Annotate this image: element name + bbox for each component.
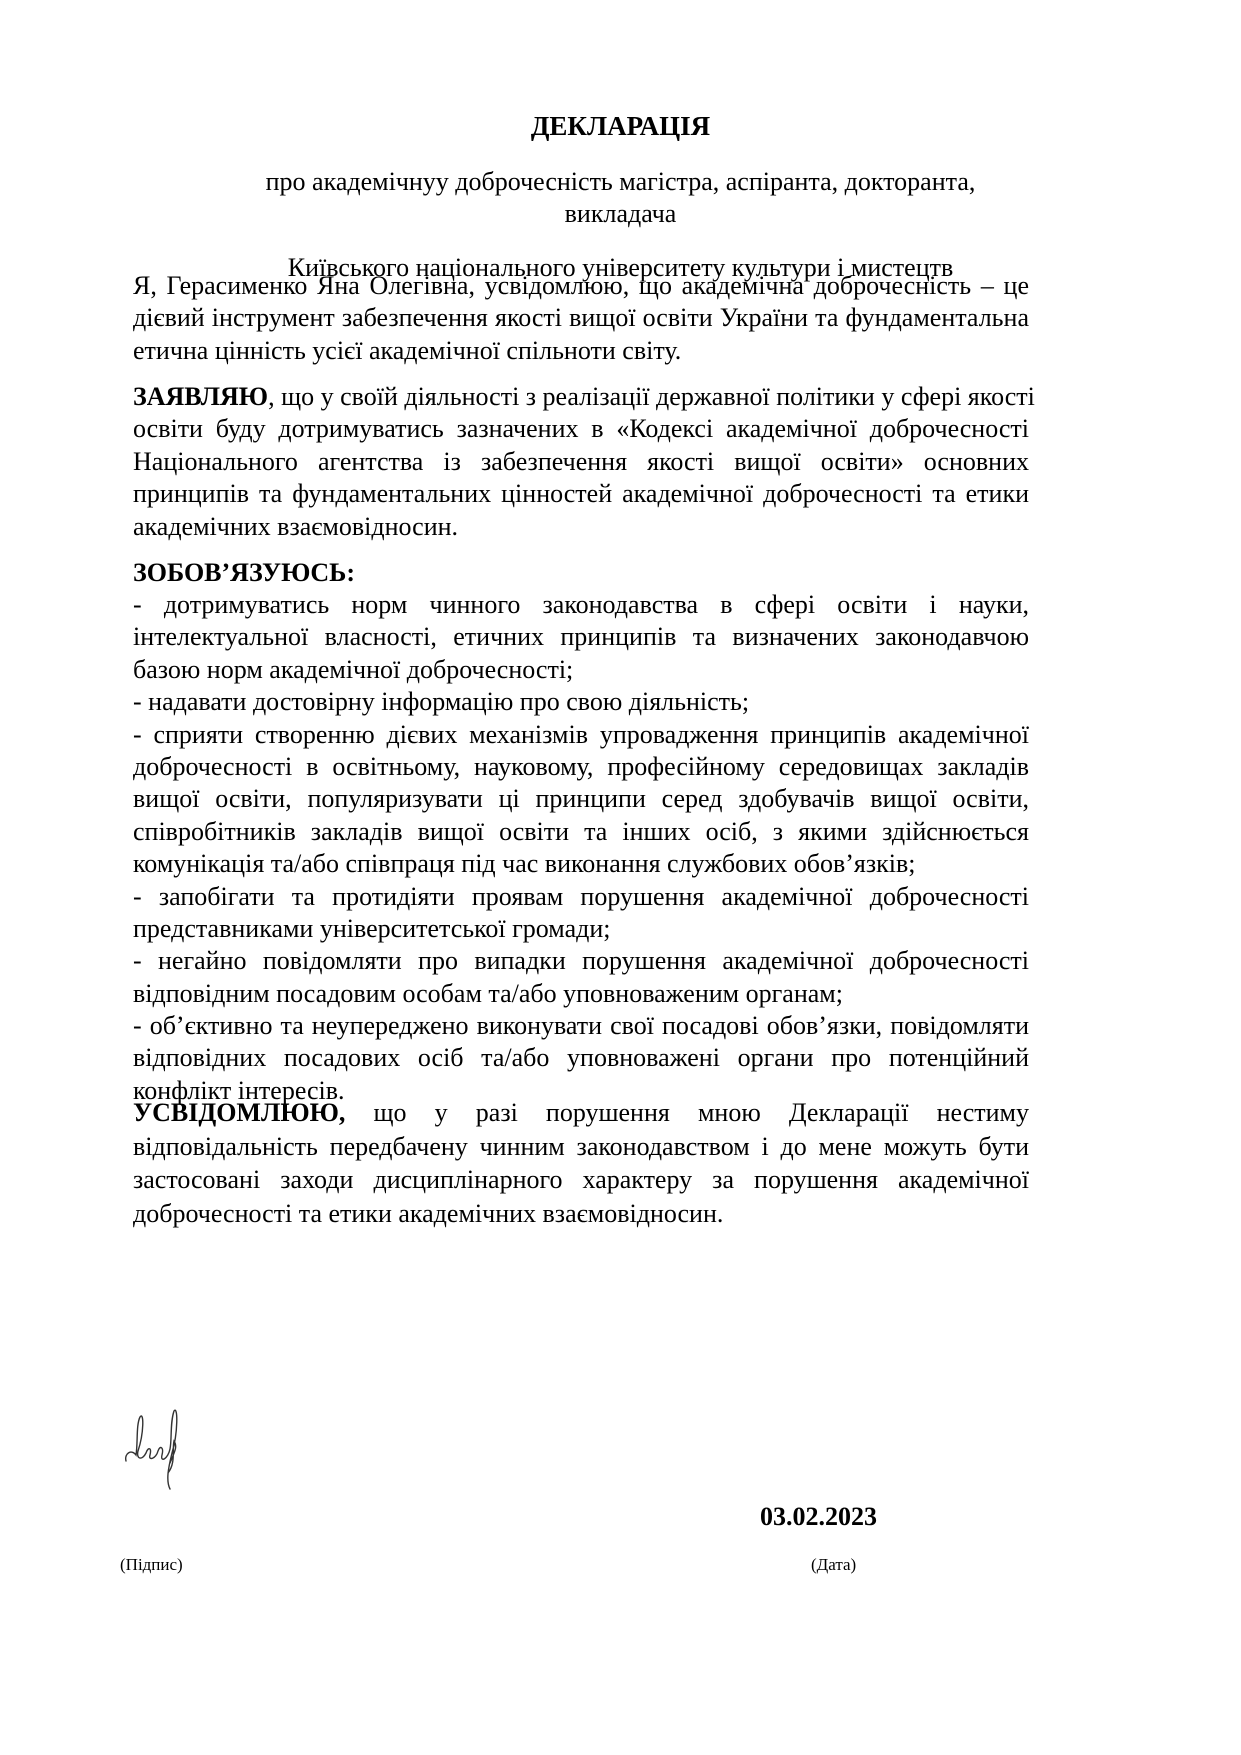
commit-line: - надавати достовірну інформацію про сво… bbox=[133, 686, 1029, 718]
commit-list: - дотримуватись норм чинного законодавст… bbox=[133, 589, 1029, 1107]
commit-line: - негайно повідомляти про випадки поруше… bbox=[133, 945, 1029, 977]
commit-line: інтелектуальної власності, етичних принц… bbox=[133, 621, 1029, 653]
aware-first-line: УСВІДОМЛЮЮ, що у разі порушення мною Дек… bbox=[133, 1096, 1029, 1130]
aware-keyword: УСВІДОМЛЮЮ, bbox=[133, 1098, 345, 1127]
commit-line: вищої освіти, популяризувати ці принципи… bbox=[133, 783, 1029, 815]
declare-line: принципів та фундаментальних цінностей а… bbox=[133, 478, 1029, 510]
commit-heading: ЗОБОВ’ЯЗУЮСЬ: bbox=[133, 558, 1029, 588]
aware-line: доброчесності та етики академічних взаєм… bbox=[133, 1197, 1029, 1231]
declaration-page: ДЕКЛАРАЦІЯ про академічнуу доброчесність… bbox=[0, 0, 1241, 1755]
intro-line: дієвий інструмент забезпечення якості ви… bbox=[133, 302, 1029, 334]
commit-line: комунікація та/або співпраця під час вик… bbox=[133, 848, 1029, 880]
commit-line: - об’єктивно та неупереджено виконувати … bbox=[133, 1010, 1029, 1042]
declare-line: освіти буду дотримуватись зазначених в «… bbox=[133, 413, 1029, 445]
aware-line: відповідальність передбачену чинним зако… bbox=[133, 1130, 1029, 1164]
document-subtitle-line2: викладача bbox=[0, 199, 1241, 229]
declaration-date: 03.02.2023 bbox=[760, 1502, 877, 1532]
commit-line: співробітників закладів вищої освіти та … bbox=[133, 816, 1029, 848]
date-label: (Дата) bbox=[811, 1555, 856, 1575]
commit-line: доброчесності в освітньому, науковому, п… bbox=[133, 751, 1029, 783]
commit-line: - дотримуватись норм чинного законодавст… bbox=[133, 589, 1029, 621]
declare-line: академічних взаємовідносин. bbox=[133, 511, 1029, 543]
aware-first-line-text: що у разі порушення мною Декларації нест… bbox=[345, 1098, 1029, 1127]
intro-paragraph: Я, Герасименко Яна Олегівна, усвідомлюю,… bbox=[133, 270, 1029, 367]
commit-line: - запобігати та протидіяти проявам поруш… bbox=[133, 881, 1029, 913]
declare-paragraph: ЗАЯВЛЯЮ, що у своїй діяльності з реаліза… bbox=[133, 381, 1029, 543]
commit-line: відповідним посадовим особам та/або упов… bbox=[133, 978, 1029, 1010]
document-title: ДЕКЛАРАЦІЯ bbox=[0, 111, 1241, 141]
aware-paragraph: УСВІДОМЛЮЮ, що у разі порушення мною Дек… bbox=[133, 1096, 1029, 1230]
declare-first-line-text: , що у своїй діяльності з реалізації дер… bbox=[268, 382, 1035, 411]
declare-keyword: ЗАЯВЛЯЮ bbox=[133, 382, 268, 411]
intro-line: Я, Герасименко Яна Олегівна, усвідомлюю,… bbox=[133, 270, 1029, 302]
aware-line: застосовані заходи дисциплінарного харак… bbox=[133, 1163, 1029, 1197]
commit-line: відповідних посадових осіб та/або уповно… bbox=[133, 1042, 1029, 1074]
intro-line: етична цінність усієї академічної спільн… bbox=[133, 335, 1029, 367]
signature-label: (Підпис) bbox=[120, 1555, 183, 1575]
commit-line: представниками університетської громади; bbox=[133, 913, 1029, 945]
commit-line: базою норм академічної доброчесності; bbox=[133, 654, 1029, 686]
declare-first-line: ЗАЯВЛЯЮ, що у своїй діяльності з реаліза… bbox=[133, 381, 1029, 413]
commit-line: - сприяти створенню дієвих механізмів уп… bbox=[133, 719, 1029, 751]
signature-icon bbox=[122, 1403, 192, 1493]
document-subtitle-line1: про академічнуу доброчесність магістра, … bbox=[0, 167, 1241, 197]
declare-line: Національного агентства із забезпечення … bbox=[133, 446, 1029, 478]
